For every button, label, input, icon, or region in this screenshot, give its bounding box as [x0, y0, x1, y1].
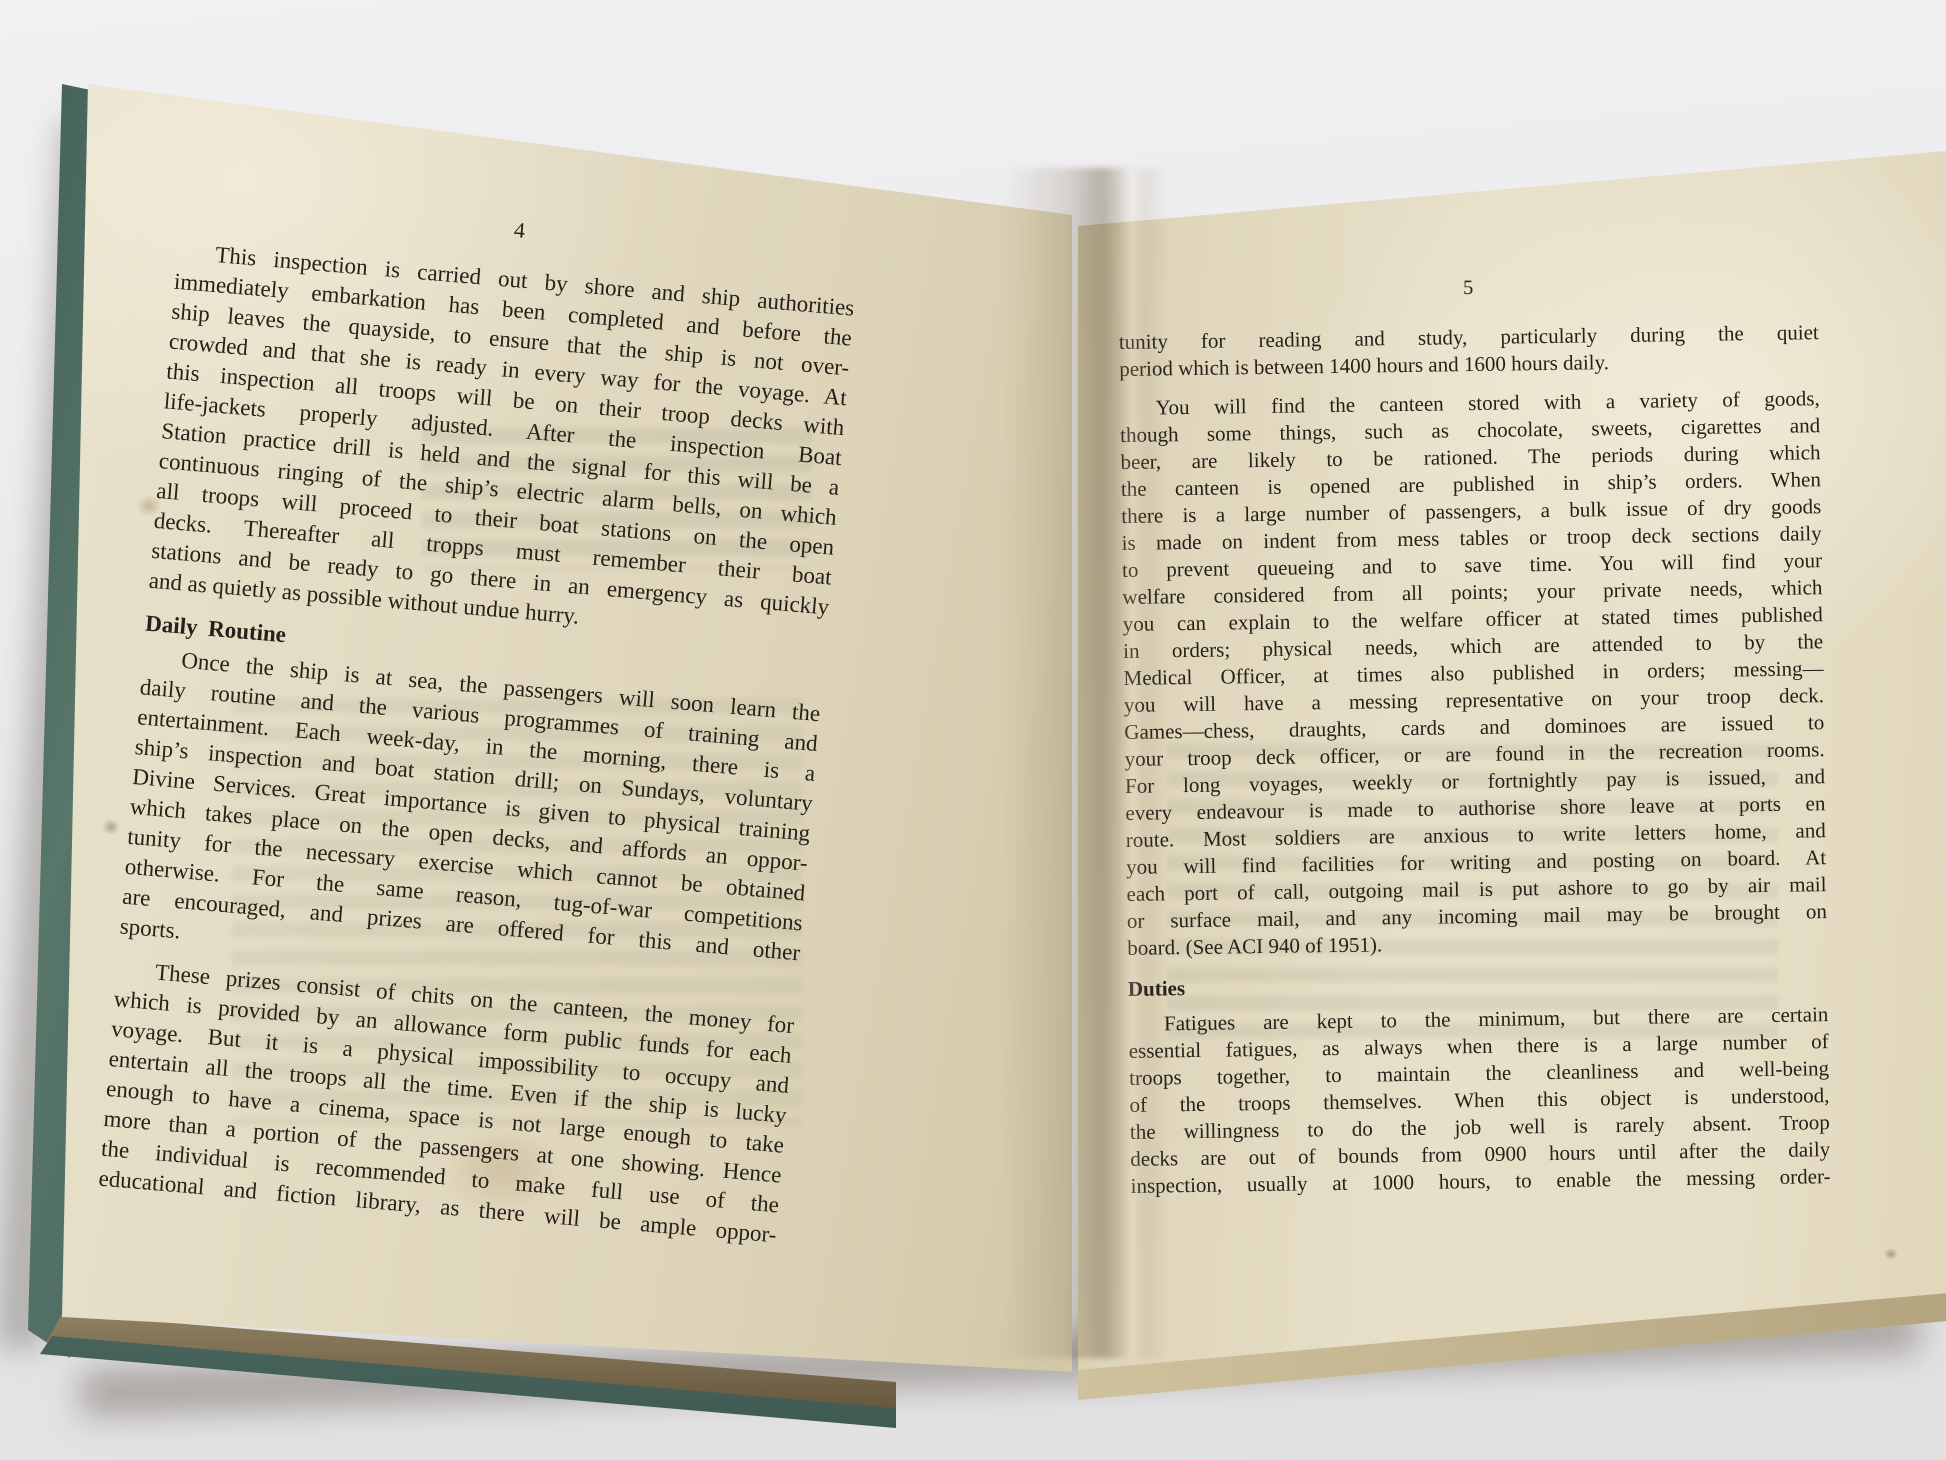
paper-stain	[102, 819, 120, 835]
paragraph: Fatigues are kept to the minimum, but th…	[1128, 1001, 1831, 1200]
paragraph: Once the ship is at sea, the passengers …	[119, 642, 822, 998]
paper-stain	[1884, 1248, 1898, 1260]
right-page-text: tunity for reading and study, particular…	[1119, 319, 1831, 1200]
paragraph: You will find the canteen stored with a …	[1120, 385, 1828, 962]
left-page: 4 This inspection is carried out by shor…	[62, 75, 1072, 1375]
right-page: 5 tunity for reading and study, particul…	[1078, 140, 1946, 1410]
paragraph: These prizes consist of chits on the can…	[97, 954, 795, 1250]
paragraph: This inspection is carried out by shore …	[148, 237, 856, 653]
page-number-right: 5	[1118, 270, 1818, 307]
photo-background: 4 This inspection is carried out by shor…	[0, 0, 1946, 1460]
left-page-content: 4 This inspection is carried out by shor…	[96, 187, 859, 1263]
right-page-content: 5 tunity for reading and study, particul…	[1118, 270, 1831, 1212]
paragraph: tunity for reading and study, particular…	[1119, 319, 1820, 383]
section-heading: Duties	[1128, 966, 1828, 1003]
left-page-text: This inspection is carried out by shore …	[97, 237, 855, 1251]
